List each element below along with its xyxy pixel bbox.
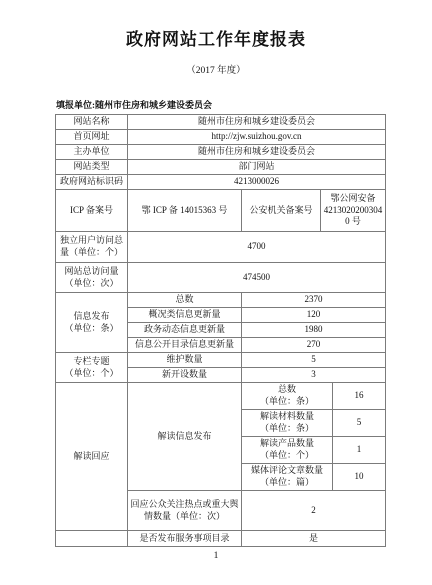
maintained-count-value: 5	[242, 353, 386, 368]
open-directory-update-value: 270	[242, 338, 386, 353]
site-type-label: 网站类型	[56, 160, 128, 175]
table-row: 首页网址 http://zjw.suizhou.gov.cn	[56, 130, 386, 145]
site-type-value: 部门网站	[128, 160, 386, 175]
page-number: 1	[0, 551, 432, 561]
hotspot-response-label: 回应公众关注热点或重大舆情数量（单位：次）	[128, 491, 242, 531]
homepage-url-value: http://zjw.suizhou.gov.cn	[128, 130, 386, 145]
table-row: 独立用户访问总量（单位：个） 4700	[56, 232, 386, 263]
table-row: 网站类型 部门网站	[56, 160, 386, 175]
site-id-label: 政府网站标识码	[56, 175, 128, 190]
icp-value: 鄂 ICP 备 14015363 号	[128, 190, 242, 232]
table-row: 网站名称 随州市住房和城乡建设委员会	[56, 115, 386, 130]
unique-visitors-label: 独立用户访问总量（单位：个）	[56, 232, 128, 263]
total-visits-label: 网站总访问量（单位：次）	[56, 263, 128, 293]
interp-products-label: 解读产品数量 （单位：个）	[242, 437, 333, 464]
info-publish-total-label: 总数	[128, 293, 242, 308]
interp-products-value: 1	[333, 437, 386, 464]
table-row: 专栏专题 （单位：个） 维护数量 5	[56, 353, 386, 368]
media-articles-value: 10	[333, 464, 386, 491]
police-record-label: 公安机关备案号	[242, 190, 321, 232]
maintained-count-label: 维护数量	[128, 353, 242, 368]
organizer-label: 主办单位	[56, 145, 128, 160]
unique-visitors-value: 4700	[128, 232, 386, 263]
interp-total-value: 16	[333, 383, 386, 410]
interp-materials-value: 5	[333, 410, 386, 437]
gov-news-update-value: 1980	[242, 323, 386, 338]
interpretation-group-label: 解读回应	[56, 383, 128, 531]
report-year: （2017 年度）	[0, 62, 432, 76]
annual-report-table: 网站名称 随州市住房和城乡建设委员会 首页网址 http://zjw.suizh…	[55, 114, 386, 547]
open-directory-update-label: 信息公开目录信息更新量	[128, 338, 242, 353]
service-catalog-label: 是否发布服务事项目录	[128, 531, 242, 547]
site-id-value: 4213000026	[128, 175, 386, 190]
media-articles-label: 媒体评论文章数量 （单位：篇）	[242, 464, 333, 491]
table-row: 网站总访问量（单位：次） 474500	[56, 263, 386, 293]
total-visits-value: 474500	[128, 263, 386, 293]
info-publish-group-label: 信息发布 （单位：条）	[56, 293, 128, 353]
homepage-url-label: 首页网址	[56, 130, 128, 145]
table-row: 政府网站标识码 4213000026	[56, 175, 386, 190]
icp-label: ICP 备案号	[56, 190, 128, 232]
table-row: 信息发布 （单位：条） 总数 2370	[56, 293, 386, 308]
new-count-value: 3	[242, 368, 386, 383]
info-publish-total-value: 2370	[242, 293, 386, 308]
report-page: 政府网站工作年度报表 （2017 年度） 填报单位:随州市住房和城乡建设委员会 …	[0, 0, 432, 585]
table-row: 是否发布服务事项目录 是	[56, 531, 386, 547]
table-row: ICP 备案号 鄂 ICP 备 14015363 号 公安机关备案号 鄂公网安备…	[56, 190, 386, 232]
table-row: 解读回应 解读信息发布 总数 （单位：条） 16	[56, 383, 386, 410]
hotspot-response-value: 2	[242, 491, 386, 531]
site-name-label: 网站名称	[56, 115, 128, 130]
interp-materials-label: 解读材料数量 （单位：条）	[242, 410, 333, 437]
site-name-value: 随州市住房和城乡建设委员会	[128, 115, 386, 130]
special-columns-group-label: 专栏专题 （单位：个）	[56, 353, 128, 383]
organizer-value: 随州市住房和城乡建设委员会	[128, 145, 386, 160]
service-catalog-value: 是	[242, 531, 386, 547]
empty-cell	[56, 531, 128, 547]
report-unit-line: 填报单位:随州市住房和城乡建设委员会	[56, 98, 212, 111]
page-title: 政府网站工作年度报表	[0, 25, 432, 50]
interpretation-publish-label: 解读信息发布	[128, 383, 242, 491]
table-row: 主办单位 随州市住房和城乡建设委员会	[56, 145, 386, 160]
overview-update-value: 120	[242, 308, 386, 323]
overview-update-label: 概况类信息更新量	[128, 308, 242, 323]
new-count-label: 新开设数量	[128, 368, 242, 383]
gov-news-update-label: 政务动态信息更新量	[128, 323, 242, 338]
interp-total-label: 总数 （单位：条）	[242, 383, 333, 410]
police-record-value: 鄂公网安备 42130202003040 号	[321, 190, 386, 232]
